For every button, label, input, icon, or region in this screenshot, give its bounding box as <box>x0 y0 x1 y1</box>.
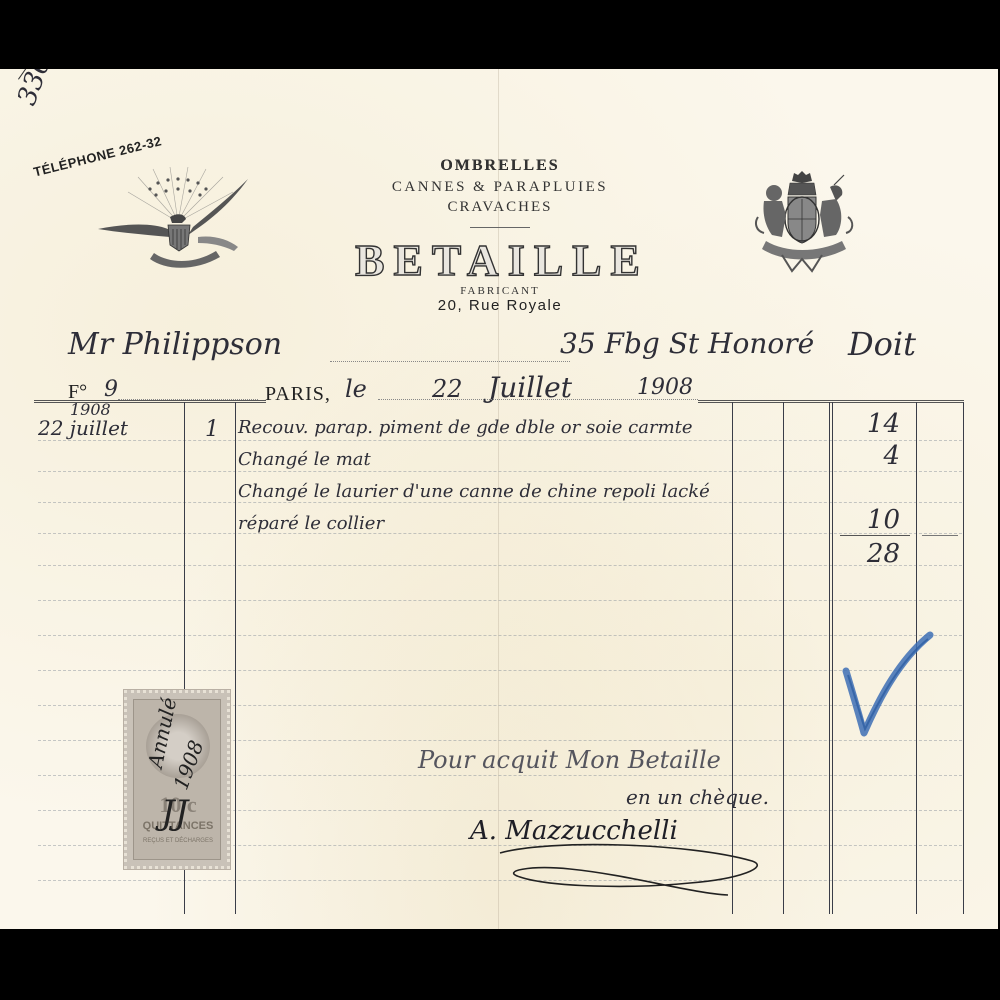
company-subtitle: FABRICANT <box>0 285 998 297</box>
entry-quantity: 1 <box>205 417 219 442</box>
stamp-subtext: REÇUS ET DÉCHARGES <box>134 838 222 844</box>
city-label: PARIS, <box>265 383 331 406</box>
invoice-paper: 336 TÉLÉPHONE 262-32 OMBRELLES CANNES & … <box>0 69 998 929</box>
column-line-qty <box>235 402 236 914</box>
total-rule-right <box>922 535 958 536</box>
table-top-rule-right <box>698 400 964 403</box>
customer-name: Mr Philippson <box>68 327 282 362</box>
date-le: le <box>345 375 367 403</box>
dotted-leader <box>378 399 698 400</box>
letterhead-divider <box>470 227 530 228</box>
stamp-initials: JJ <box>161 793 188 833</box>
ruled-line <box>38 600 962 601</box>
column-line-2 <box>783 402 784 914</box>
doit-label: Doit <box>848 325 916 363</box>
column-line-3a <box>829 402 830 914</box>
total-rule <box>840 535 910 536</box>
line-amount: 4 <box>840 441 900 471</box>
payment-method: en un chèque. <box>626 785 769 809</box>
line-item: réparé le collier <box>238 513 384 534</box>
signature: A. Mazzucchelli <box>470 816 678 846</box>
line-item: Recouv. parap. piment de gde dble or soi… <box>238 417 693 438</box>
payment-acquit: Pour acquit Mon Betaille <box>418 746 721 774</box>
ruled-line <box>38 440 962 441</box>
column-line-desc <box>732 402 733 914</box>
table-top-rule-left <box>34 400 266 403</box>
blue-checkmark-icon <box>838 631 938 741</box>
line-amount: 14 <box>840 409 900 439</box>
line-amount: 10 <box>840 505 900 535</box>
ruled-line <box>38 670 962 671</box>
line-item: Changé le laurier d'une canne de chine r… <box>238 481 710 502</box>
signature-flourish-icon <box>490 843 770 903</box>
date-year: 1908 <box>637 375 693 400</box>
entry-date: 22 juillet <box>38 416 128 440</box>
customer-address: 35 Fbg St Honoré <box>560 327 814 360</box>
corner-reference-number: 336 <box>12 69 57 109</box>
revenue-stamp: 10 c QUITTANCES REÇUS ET DÉCHARGES Annul… <box>124 690 230 869</box>
ruled-line <box>38 635 962 636</box>
royal-coat-of-arms-icon <box>752 171 862 281</box>
ruled-line <box>38 565 962 566</box>
column-line-right <box>963 402 964 914</box>
folio-value: 9 <box>104 377 118 402</box>
line-item: Changé le mat <box>238 449 371 470</box>
company-address: 20, Rue Royale <box>0 297 998 314</box>
column-line-3b <box>832 402 833 914</box>
ruled-line <box>38 471 962 472</box>
ruled-line <box>38 502 962 503</box>
dotted-leader <box>330 361 570 362</box>
total-amount: 28 <box>840 539 900 569</box>
ruled-line <box>38 533 962 534</box>
